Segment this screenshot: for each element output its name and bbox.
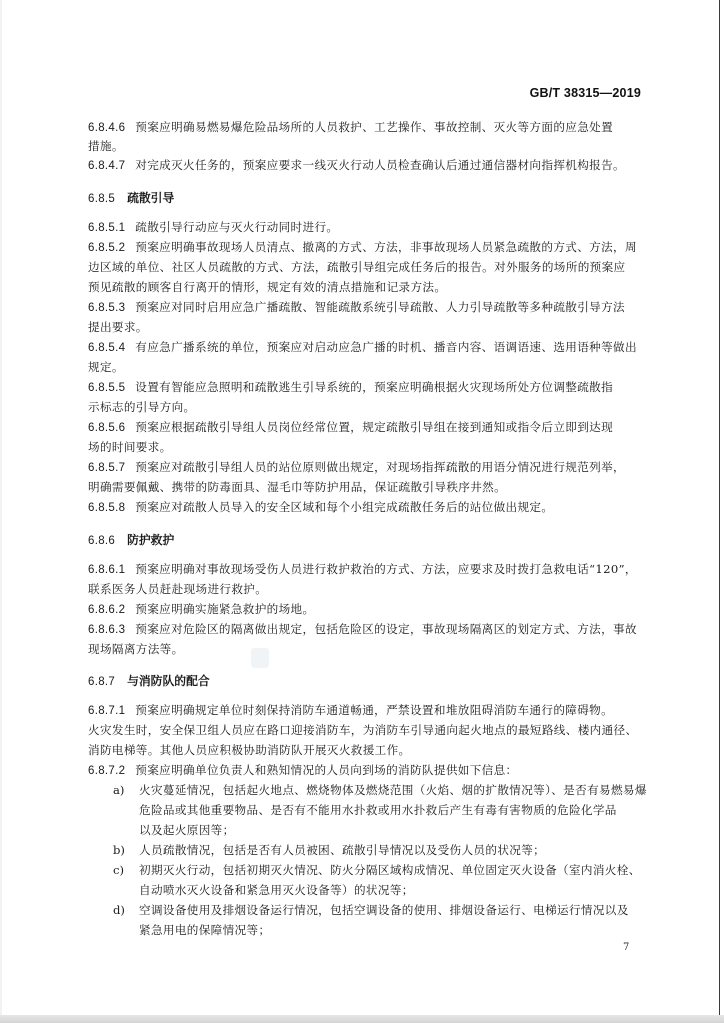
- clause-6-8-5-6: 6.8.5.6预案应根据疏散引导组人员岗位经常位置，规定疏散引导组在接到通知或指…: [88, 420, 648, 435]
- section-number: 6.8.7: [88, 675, 115, 689]
- clause-6-8-5-7: 6.8.5.7预案应对疏散引导组人员的站位原则做出规定，对现场指挥疏散的用语分情…: [88, 460, 648, 475]
- clause-6-8-5-4: 6.8.5.4有应急广播系统的单位，预案应对启动应急广播的时机、播音内容、语调语…: [88, 340, 648, 355]
- viewer-bottom-edge: [0, 1015, 724, 1023]
- clause-number: 6.8.5.6: [88, 421, 125, 435]
- list-item-a-cont: 危险品或其他重要物品、是否有不能用水扑救或用水扑救后产生有毒有害物质的危险化学品: [139, 803, 617, 817]
- list-item-marker-b: b): [113, 843, 125, 857]
- clause-6-8-5-4-cont: 规定。: [88, 360, 648, 374]
- clause-6-8-5-5: 6.8.5.5设置有智能应急照明和疏散逃生引导系统的，预案应明确根据火灾现场所处…: [88, 380, 648, 395]
- list-item-a: 火灾蔓延情况，包括起火地点、燃烧物体及燃烧范围（火焰、烟的扩散情况等）、是否有易…: [139, 783, 647, 797]
- clause-number: 6.8.5.3: [88, 301, 125, 315]
- clause-6-8-5-3: 6.8.5.3预案应对同时启用应急广播疏散、智能疏散系统引导疏散、人力引导疏散等…: [88, 300, 648, 315]
- clause-number: 6.8.4.6: [88, 121, 125, 135]
- clause-number: 6.8.5.1: [88, 221, 125, 235]
- clause-6-8-5-6-cont: 场的时间要求。: [88, 440, 648, 454]
- clause-6-8-4-6-cont: 措施。: [88, 139, 648, 153]
- section-heading-6-8-5: 6.8.5疏散引导: [88, 191, 174, 206]
- clause-number: 6.8.6.1: [88, 563, 125, 577]
- clause-text: 预案应对危险区的隔离做出规定，包括危险区的设定，事故现场隔离区的划定方式、方法，…: [135, 622, 637, 636]
- clause-number: 6.8.7.2: [88, 764, 125, 778]
- clause-number: 6.8.7.1: [88, 704, 125, 718]
- clause-6-8-6-1-cont: 联系医务人员赶赴现场进行救护。: [88, 582, 648, 596]
- clause-6-8-6-2: 6.8.6.2预案应明确实施紧急救护的场地。: [88, 602, 648, 617]
- page-left-edge: [0, 0, 2, 1015]
- list-item-c-cont: 自动喷水灭火设备和紧急用灭火设备等）的状况等；: [139, 883, 414, 897]
- section-title: 与消防队的配合: [127, 674, 210, 688]
- clause-text: 预案应对同时启用应急广播疏散、智能疏散系统引导疏散、人力引导疏散等多种疏散引导方…: [135, 300, 625, 314]
- clause-6-8-4-7: 6.8.4.7对完成灭火任务的，预案应要求一线灭火行动人员检查确认后通过通信器材…: [88, 158, 648, 173]
- clause-text: 有应急广播系统的单位，预案应对启动应急广播的时机、播音内容、语调语速、选用语种等…: [135, 340, 637, 354]
- standard-code-header: GB/T 38315—2019: [530, 86, 641, 100]
- clause-text: 预案应明确事故现场人员清点、撤离的方式、方法，非事故现场人员紧急疏散的方式、方法…: [135, 240, 637, 254]
- clause-6-8-7-1-cont: 消防电梯等。其他人员应积极协助消防队开展灭火救援工作。: [88, 743, 648, 757]
- section-heading-6-8-7: 6.8.7与消防队的配合: [88, 674, 210, 689]
- list-item-a-cont: 以及起火原因等；: [139, 823, 235, 837]
- clause-6-8-7-1-cont: 火灾发生时，安全保卫组人员应在路口迎接消防车，为消防车引导通向起火地点的最短路线…: [88, 723, 648, 737]
- clause-number: 6.8.6.2: [88, 603, 125, 617]
- clause-text: 预案应对疏散引导组人员的站位原则做出规定，对现场指挥疏散的用语分情况进行规范列举…: [135, 460, 625, 474]
- clause-6-8-6-3-cont: 现场隔离方法等。: [88, 642, 648, 656]
- clause-6-8-5-7-cont: 明确需要佩戴、携带的防毒面具、湿毛巾等防护用品，保证疏散引导秩序井然。: [88, 480, 648, 494]
- section-number: 6.8.6: [88, 534, 115, 548]
- clause-number: 6.8.4.7: [88, 159, 125, 173]
- section-title: 疏散引导: [127, 191, 174, 205]
- clause-6-8-5-2: 6.8.5.2预案应明确事故现场人员清点、撤离的方式、方法，非事故现场人员紧急疏…: [88, 240, 648, 255]
- clause-6-8-5-2-cont: 预见疏散的顾客自行离开的情形，规定有效的清点措施和记录方法。: [88, 280, 648, 294]
- list-item-d-cont: 紧急用电的保障情况等；: [139, 923, 270, 937]
- clause-text: 疏散引导行动应与灭火行动同时进行。: [135, 220, 338, 234]
- clause-text: 预案应明确对事故现场受伤人员进行救护救治的方式、方法，应要求及时拨打急救电话“1…: [135, 562, 637, 576]
- clause-number: 6.8.6.3: [88, 623, 125, 637]
- list-item-c: 初期灭火行动，包括初期灭火情况、防火分隔区域构成情况、单位固定灭火设备（室内消火…: [139, 863, 641, 877]
- clause-6-8-7-1: 6.8.7.1预案应明确规定单位时刻保持消防车通道畅通，严禁设置和堆放阻碍消防车…: [88, 703, 648, 718]
- clause-number: 6.8.5.7: [88, 461, 125, 475]
- scan-artifact: [251, 648, 269, 668]
- list-item-d: 空调设备使用及排烟设备运行情况，包括空调设备的使用、排烟设备运行、电梯运行情况以…: [139, 903, 629, 917]
- list-item-marker-a: a): [113, 783, 124, 797]
- clause-number: 6.8.5.2: [88, 241, 125, 255]
- clause-6-8-5-1: 6.8.5.1疏散引导行动应与灭火行动同时进行。: [88, 220, 648, 235]
- clause-number: 6.8.5.4: [88, 341, 125, 355]
- clause-6-8-4-6: 6.8.4.6预案应明确易燃易爆危险品场所的人员救护、工艺操作、事故控制、灭火等…: [88, 120, 648, 135]
- list-item-b: 人员疏散情况，包括是否有人员被困、疏散引导情况以及受伤人员的状况等；: [139, 843, 545, 857]
- clause-text: 预案应明确规定单位时刻保持消防车通道畅通，严禁设置和堆放阻碍消防车通行的障碍物。: [135, 703, 613, 717]
- list-item-marker-c: c): [113, 863, 124, 877]
- clause-6-8-5-5-cont: 示标志的引导方向。: [88, 400, 648, 414]
- clause-6-8-5-2-cont: 边区域的单位、社区人员疏散的方式、方法，疏散引导组完成任务后的报告。对外服务的场…: [88, 260, 648, 274]
- clause-6-8-5-3-cont: 提出要求。: [88, 320, 648, 334]
- page-number: 7: [623, 942, 629, 953]
- clause-text: 预案应明确单位负责人和熟知情况的人员向到场的消防队提供如下信息：: [135, 763, 517, 777]
- clause-text: 预案应根据疏散引导组人员岗位经常位置，规定疏散引导组在接到通知或指令后立即到达现: [135, 420, 613, 434]
- clause-text: 预案应明确实施紧急救护的场地。: [135, 602, 314, 616]
- clause-6-8-6-3: 6.8.6.3预案应对危险区的隔离做出规定，包括危险区的设定，事故现场隔离区的划…: [88, 622, 648, 637]
- clause-number: 6.8.5.5: [88, 381, 125, 395]
- section-title: 防护救护: [127, 533, 174, 547]
- section-heading-6-8-6: 6.8.6防护救护: [88, 533, 174, 548]
- clause-6-8-7-2: 6.8.7.2预案应明确单位负责人和熟知情况的人员向到场的消防队提供如下信息：: [88, 763, 648, 778]
- clause-text: 预案应明确易燃易爆危险品场所的人员救护、工艺操作、事故控制、灭火等方面的应急处置: [135, 120, 613, 134]
- document-page: GB/T 38315—2019 6.8.4.6预案应明确易燃易爆危险品场所的人员…: [0, 0, 720, 1015]
- clause-text: 对完成灭火任务的，预案应要求一线灭火行动人员检查确认后通过通信器材向指挥机构报告…: [135, 158, 625, 172]
- clause-text: 设置有智能应急照明和疏散逃生引导系统的，预案应明确根据火灾现场所处方位调整疏散指: [135, 380, 613, 394]
- clause-6-8-6-1: 6.8.6.1预案应明确对事故现场受伤人员进行救护救治的方式、方法，应要求及时拨…: [88, 562, 648, 577]
- clause-6-8-5-8: 6.8.5.8预案应对疏散人员导入的安全区域和每个小组完成疏散任务后的站位做出规…: [88, 500, 648, 515]
- clause-number: 6.8.5.8: [88, 501, 125, 515]
- list-item-marker-d: d): [113, 903, 125, 917]
- section-number: 6.8.5: [88, 192, 115, 206]
- clause-text: 预案应对疏散人员导入的安全区域和每个小组完成疏散任务后的站位做出规定。: [135, 500, 553, 514]
